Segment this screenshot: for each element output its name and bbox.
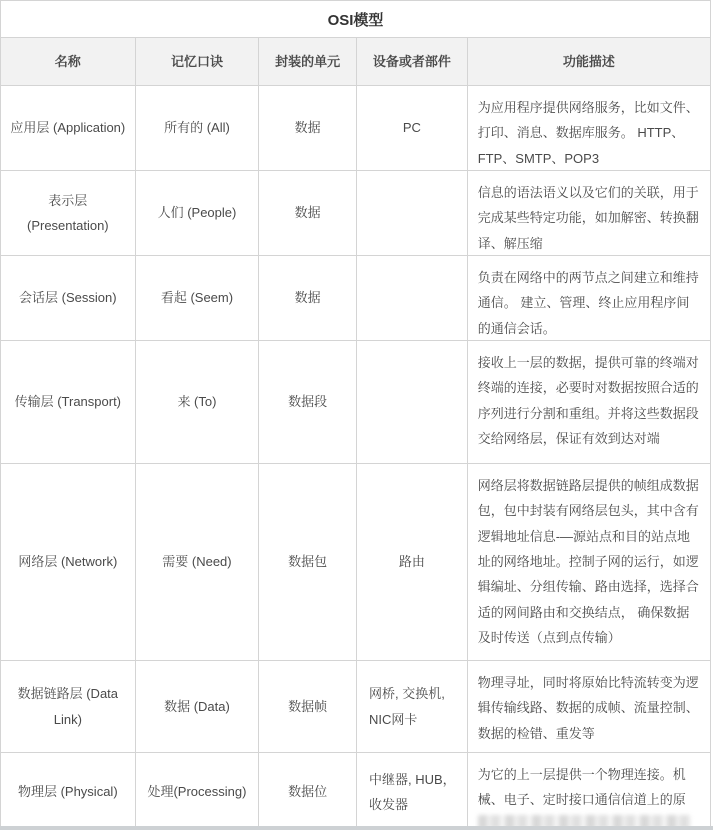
table-header-row: 名称 记忆口诀 封装的单元 设备或者部件 功能描述 [1,38,710,86]
table-row-physical: 物理层 (Physical) 处理(Processing) 数据位 中继器, H… [1,753,710,830]
cell-description-text: 为它的上一层提供一个物理连接。机械、电子、定时接口通信信道上的原 [478,767,686,807]
cell-layer-name: 网络层 (Network) [1,464,135,660]
cell-description: 网络层将数据链路层提供的帧组成数据包，包中封装有网络层包头，其中含有逻辑地址信息… [467,464,710,660]
osi-model-table: OSI模型 名称 记忆口诀 封装的单元 设备或者部件 功能描述 应用层 (App… [0,0,711,830]
table-row-presentation: 表示层 (Presentation) 人们 (People) 数据 信息的语法语… [1,171,710,256]
column-header-mnemonic: 记忆口诀 [135,38,259,85]
column-header-device: 设备或者部件 [356,38,467,85]
table-row-application: 应用层 (Application) 所有的 (All) 数据 PC 为应用程序提… [1,86,710,171]
cell-layer-name: 传输层 (Transport) [1,341,135,463]
cell-device: 路由 [356,464,467,660]
cell-mnemonic: 看起 (Seem) [135,256,259,340]
cell-description: 为它的上一层提供一个物理连接。机械、电子、定时接口通信信道上的原 [467,753,710,830]
table-row-transport: 传输层 (Transport) 来 (To) 数据段 接收上一层的数据，提供可靠… [1,341,710,464]
column-header-unit: 封装的单元 [258,38,356,85]
cell-unit: 数据 [258,171,356,255]
column-header-name: 名称 [1,38,135,85]
table-title-row: OSI模型 [1,1,710,38]
cell-device [356,341,467,463]
cell-layer-name: 数据链路层 (Data Link) [1,661,135,752]
cell-layer-name: 表示层 (Presentation) [1,171,135,255]
cell-layer-name: 应用层 (Application) [1,86,135,170]
table-title: OSI模型 [1,9,710,30]
cell-mnemonic: 所有的 (All) [135,86,259,170]
osi-model-page: OSI模型 名称 记忆口诀 封装的单元 设备或者部件 功能描述 应用层 (App… [0,0,713,830]
table-row-session: 会话层 (Session) 看起 (Seem) 数据 负责在网络中的两节点之间建… [1,256,710,341]
cell-mnemonic: 处理(Processing) [135,753,259,830]
cell-unit: 数据段 [258,341,356,463]
cell-description: 信息的语法语义以及它们的关联，用于完成某些特定功能，如加解密、转换翻译、解压缩 [467,171,710,255]
cell-device [356,171,467,255]
cell-unit: 数据帧 [258,661,356,752]
cell-device: PC [356,86,467,170]
cell-device: 网桥, 交换机, NIC网卡 [356,661,467,752]
cell-mnemonic: 人们 (People) [135,171,259,255]
cell-layer-name: 物理层 (Physical) [1,753,135,830]
cell-device [356,256,467,340]
cell-description: 物理寻址，同时将原始比特流转变为逻辑传输线路、数据的成帧、流量控制、数据的检错、… [467,661,710,752]
cell-description: 接收上一层的数据，提供可靠的终端对终端的连接，必要时对数据按照合适的序列进行分割… [467,341,710,463]
cell-device: 中继器, HUB，收发器 [356,753,467,830]
cell-description: 为应用程序提供网络服务，比如文件、打印、消息、数据库服务。 HTTP、FTP、S… [467,86,710,170]
table-bottom-edge [0,826,713,830]
cell-unit: 数据 [258,86,356,170]
column-header-desc: 功能描述 [467,38,710,85]
cell-description: 负责在网络中的两节点之间建立和维持通信。 建立、管理、终止应用程序间的通信会话。 [467,256,710,340]
cell-mnemonic: 数据 (Data) [135,661,259,752]
cell-unit: 数据包 [258,464,356,660]
cell-mnemonic: 需要 (Need) [135,464,259,660]
cell-layer-name: 会话层 (Session) [1,256,135,340]
cell-mnemonic: 来 (To) [135,341,259,463]
table-row-datalink: 数据链路层 (Data Link) 数据 (Data) 数据帧 网桥, 交换机,… [1,661,710,753]
cell-unit: 数据 [258,256,356,340]
cell-unit: 数据位 [258,753,356,830]
table-row-network: 网络层 (Network) 需要 (Need) 数据包 路由 网络层将数据链路层… [1,464,710,661]
